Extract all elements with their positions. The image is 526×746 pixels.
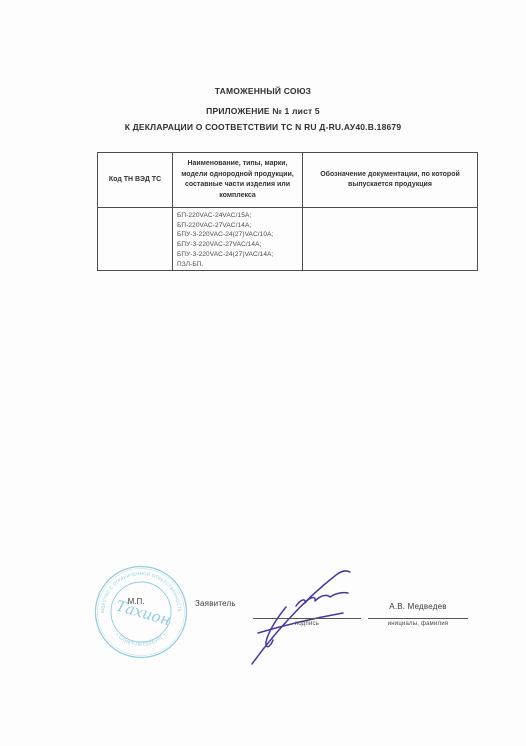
signature-caption: подпись xyxy=(253,621,361,627)
header-declaration-number: К ДЕКЛАРАЦИИ О СООТВЕТСТВИИ ТС N RU Д-RU… xyxy=(48,122,478,132)
applicant-label: Заявитель xyxy=(195,599,236,608)
product-line: БП-220VAC-24VAC/15A; xyxy=(177,211,300,221)
product-line: БПУ-3-220VAC-24(27)VAC/14A; xyxy=(177,250,300,260)
name-line xyxy=(368,618,468,619)
stamp-ring-bottom-text: • САНКТ-ПЕТЕРБУРГ • xyxy=(115,632,167,647)
products-table: Код ТН ВЭД ТС Наименование, типы, марки,… xyxy=(97,152,478,271)
col-header-product-names: Наименование, типы, марки, модели одноро… xyxy=(173,153,303,208)
col-header-tnved-code: Код ТН ВЭД ТС xyxy=(98,153,173,208)
product-line: БПУ-3-220VAC-24(27)VAC/10A; xyxy=(177,230,300,240)
col-header-documentation: Обозначение документации, по которой вып… xyxy=(303,153,477,208)
cell-tnved-code xyxy=(98,208,173,270)
product-line: ПЗЛ-БП. xyxy=(177,260,300,270)
cell-product-list: БП-220VAC-24VAC/15A; БП-220VAC-27VAC/14A… xyxy=(173,208,303,270)
signature-line xyxy=(253,618,361,619)
header-customs-union: ТАМОЖЕННЫЙ СОЮЗ xyxy=(48,86,478,96)
header-annex-number: ПРИЛОЖЕНИЕ № 1 лист 5 xyxy=(48,106,478,116)
signatory-name: А.В. Медведев xyxy=(368,602,468,611)
cell-documentation xyxy=(303,208,477,270)
svg-text:• САНКТ-ПЕТЕРБУРГ •: • САНКТ-ПЕТЕРБУРГ • xyxy=(115,632,167,647)
stamp-mp-label: М.П. xyxy=(128,597,145,606)
product-line: БП-220VAC-27VAC/14A; xyxy=(177,221,300,231)
handwritten-signature xyxy=(240,565,370,667)
product-line: БПУ-3-220VAC-27VAC/14A; xyxy=(177,240,300,250)
name-caption: инициалы, фамилия xyxy=(368,621,468,627)
company-stamp: ОБЩЕСТВО С ОГРАНИЧЕННОЙ ОТВЕТСТВЕННОСТЬЮ… xyxy=(93,564,189,660)
